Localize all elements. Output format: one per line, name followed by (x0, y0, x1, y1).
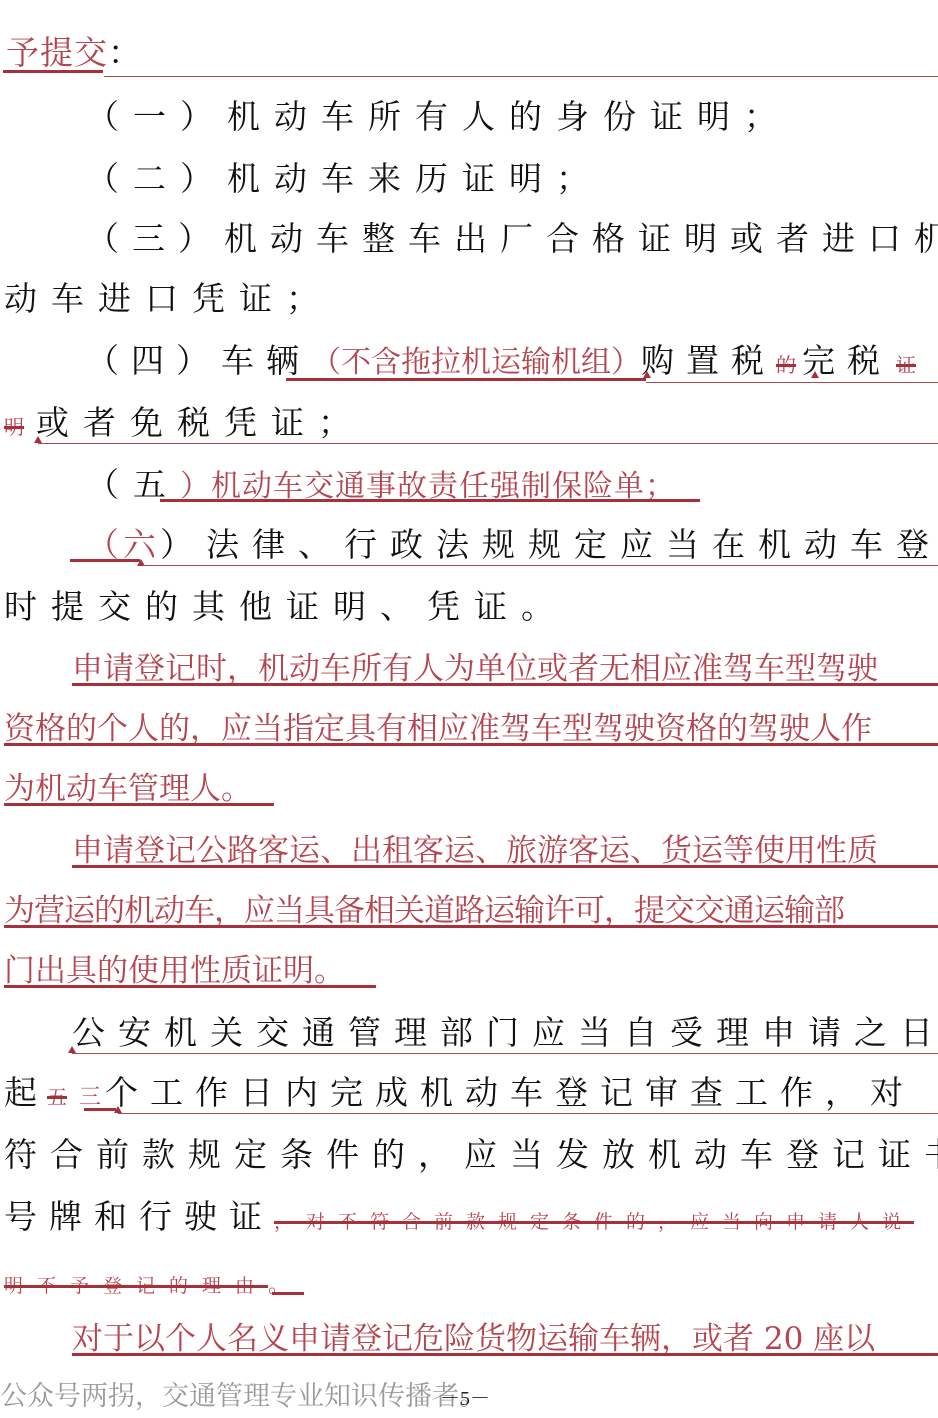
inserted-paragraph: 为机动车管理人。 (4, 758, 938, 820)
inserted-paragraph: 为营运的机动车，应当具备相关道路运输许可，提交交通运输部 (4, 880, 938, 942)
line-text: 起 (4, 1073, 37, 1112)
line-text: 号牌和行驶证 (4, 1197, 274, 1236)
text-line: （二）机动车来历证明； (86, 148, 938, 210)
revision-underline (4, 803, 274, 806)
revision-underline (72, 1053, 938, 1054)
revision-underline (38, 443, 938, 444)
text-line: 予提交： (0, 22, 938, 84)
text-line: 动车进口凭证； (4, 268, 938, 330)
revision-underline (72, 683, 938, 686)
revision-underline (104, 76, 938, 77)
text-line: 明或者免税凭证； (4, 392, 938, 454)
line-text: 购置税 (641, 341, 776, 380)
text-line: 公安机关交通管理部门应当自受理申请之日 (72, 1002, 938, 1064)
text-line: （三）机动车整车出厂合格证明或者进口机 (86, 208, 938, 270)
text-line: （五）机动车交通事故责任强制保险单； (86, 454, 938, 516)
revision-underline (646, 382, 938, 383)
revision-underline (160, 499, 700, 502)
revision-underline (84, 1108, 116, 1111)
insert-caret-icon (34, 436, 42, 443)
inserted-paragraph: 申请登记时，机动车所有人为单位或者无相应准驾车型驾驶 (72, 638, 938, 700)
revision-underline (286, 378, 646, 381)
page-number: －5－ (440, 1382, 490, 1411)
revision-underline (70, 559, 140, 562)
inserted-paragraph: 门出具的使用性质证明。 (4, 940, 938, 1002)
document-page: 予提交： （一）机动车所有人的身份证明； （二）机动车来历证明； （三）机动车整… (0, 0, 938, 1418)
inserted-paragraph: 申请登记公路客运、出租客运、旅游客运、货运等使用性质 (72, 820, 938, 882)
text-line: （六）法律、行政法规规定应当在机动车登记 (86, 514, 938, 576)
revision-underline (72, 865, 938, 868)
revision-underline (4, 925, 938, 928)
revision-underline (72, 1353, 938, 1356)
text-line: （一）机动车所有人的身份证明； (86, 86, 938, 148)
text-line: 号牌和行驶证，对不符合前款规定条件的，应当向申请人说 (4, 1186, 938, 1248)
insert-caret-icon (68, 1046, 76, 1053)
text-line: 时提交的其他证明、凭证。 (4, 576, 938, 638)
inserted-paragraph: 对于以个人名义申请登记危险货物运输车辆，或者 20 座以 (72, 1308, 938, 1370)
revision-underline (118, 1113, 938, 1114)
revision-underline (272, 1292, 304, 1295)
line-text: ）法律、行政法规规定应当在机动车登记 (160, 525, 938, 564)
revision-underline (4, 743, 938, 746)
deleted-text: 的 (776, 353, 796, 377)
inserted-text: 三 (79, 1085, 101, 1110)
deleted-text: 明 (4, 415, 24, 439)
line-text: 或者免税凭证； (36, 403, 365, 442)
deleted-text: 明不予登记的理由 (4, 1275, 268, 1297)
inserted-paragraph: 资格的个人的，应当指定具有相应准驾车型驾驶资格的驾驶人作 (4, 698, 938, 760)
revision-underline (4, 985, 376, 988)
line-text: （四）车辆 (86, 341, 311, 380)
text-line: 明不予登记的理由。 (4, 1250, 938, 1312)
inserted-text: （不含拖拉机运输机组） (311, 345, 641, 380)
line-text: ： (108, 33, 141, 72)
deleted-text: 证 (896, 353, 916, 377)
revision-underline (142, 565, 938, 566)
insert-caret-icon (114, 1106, 122, 1113)
insert-caret-icon (643, 371, 651, 378)
watermark-text: 公众号两拐，交通管理专业知识传播者。 (0, 1374, 486, 1413)
deleted-text: ，对不符合前款规定条件的，应当向申请人说 (274, 1211, 914, 1233)
text-line: 符合前款规定条件的，应当发放机动车登记证书 (4, 1124, 938, 1186)
insert-caret-icon (811, 371, 819, 378)
line-text: 个工作日内完成机动车登记审查工作，对 (105, 1073, 915, 1112)
deleted-text: 五 (47, 1085, 67, 1109)
revision-underline (3, 70, 103, 73)
inserted-text: 予提交 (6, 33, 108, 72)
text-line: 起五三个工作日内完成机动车登记审查工作，对 (4, 1062, 938, 1124)
